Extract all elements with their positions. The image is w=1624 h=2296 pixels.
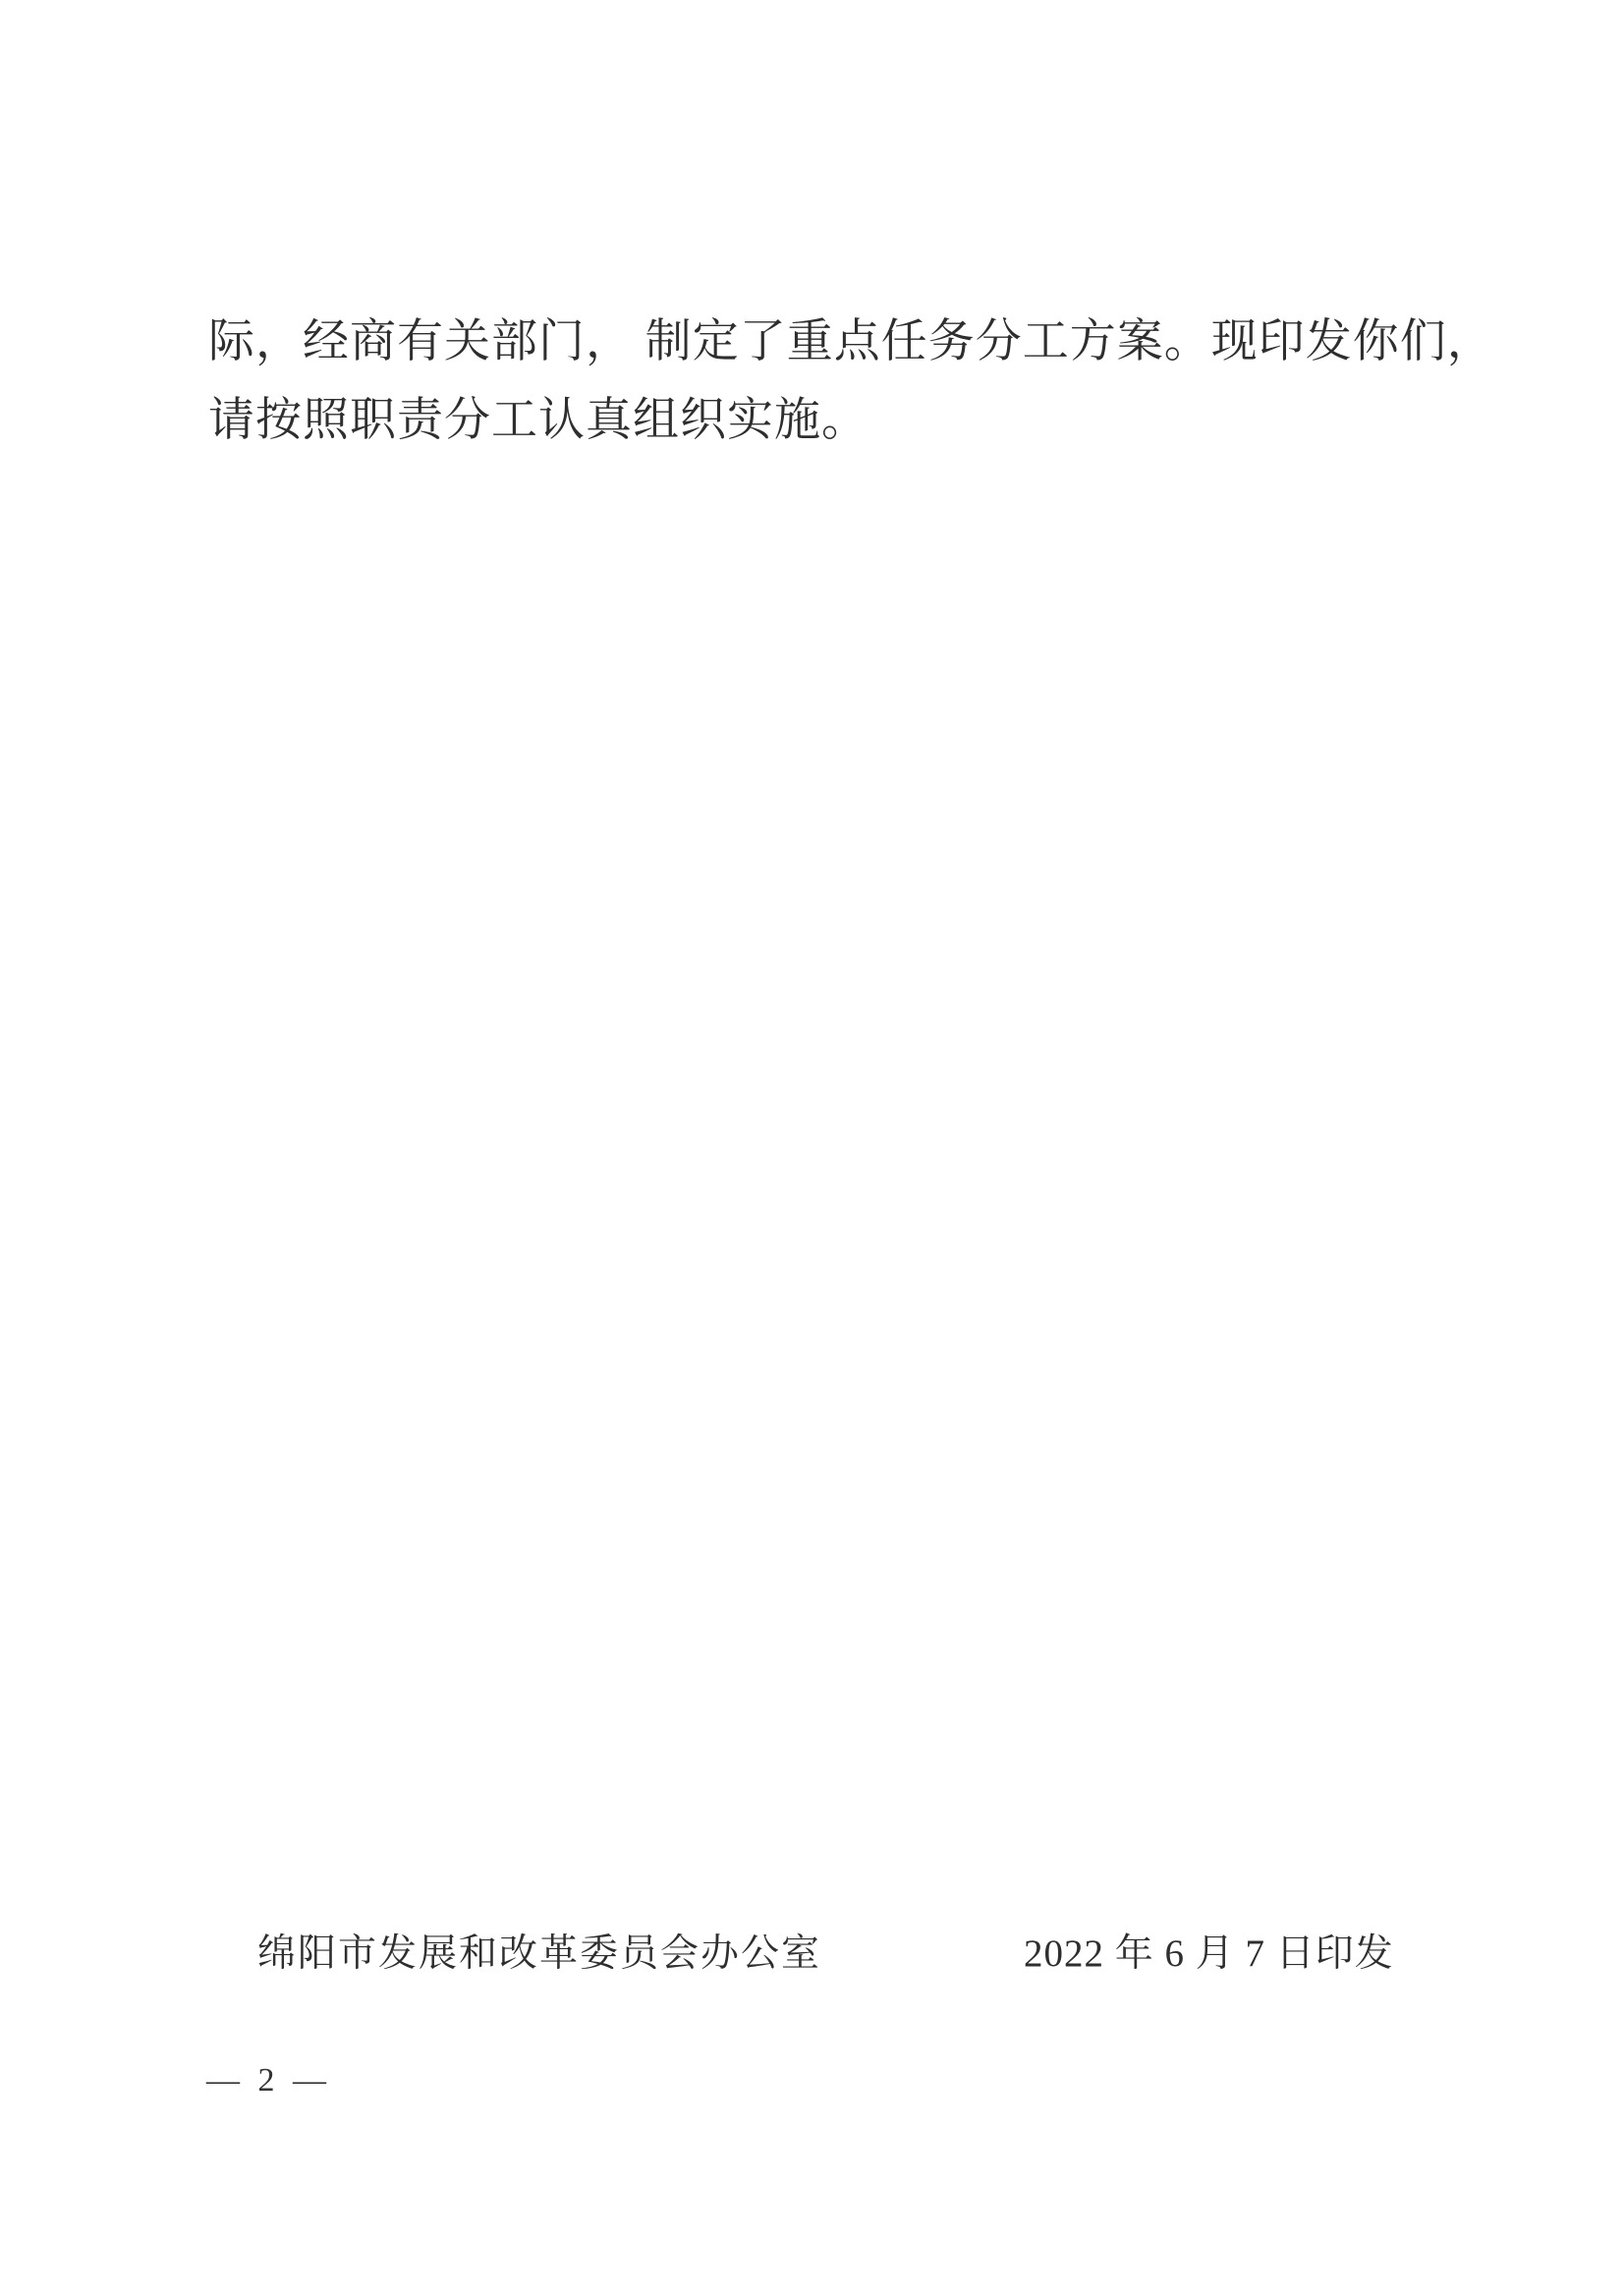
body-paragraph-line-1: 际，经商有关部门， 制定了重点任务分工方案。现印发你们，	[208, 303, 1427, 381]
page-number: — 2 —	[206, 2061, 331, 2100]
colophon-issuing-office: 绵阳市发展和改革委员会办公室	[257, 1932, 821, 1977]
body-paragraph: 际，经商有关部门， 制定了重点任务分工方案。现印发你们， 请按照职责分工认真组织…	[208, 303, 1431, 460]
body-paragraph-line-2: 请按照职责分工认真组织实施。	[208, 381, 1431, 460]
colophon-print-date: 2022 年 6 月 7 日印发	[1024, 1932, 1394, 1977]
scanned-document-page: 际，经商有关部门， 制定了重点任务分工方案。现印发你们， 请按照职责分工认真组织…	[0, 0, 1624, 2296]
